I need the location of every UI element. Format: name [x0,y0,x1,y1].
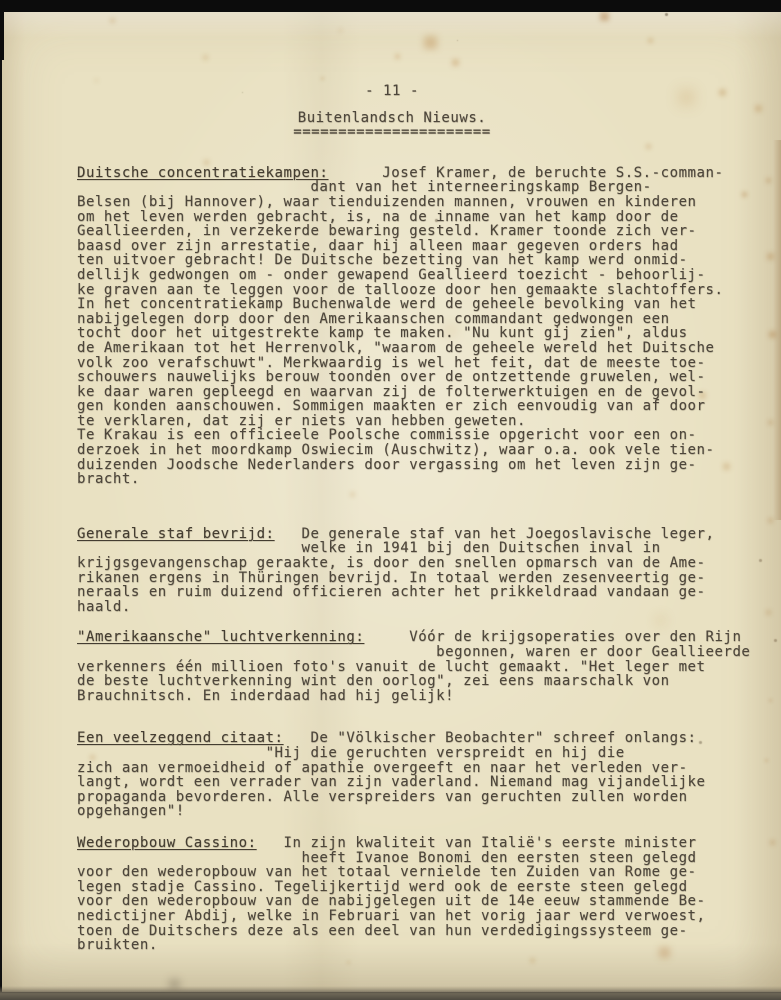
section-body: Josef Kramer, de beruchte S.S.-comman- d… [77,165,723,487]
section-wederopbouw-cassino: Wederopbouw Cassino: In zijn kwaliteit v… [77,836,767,953]
page-title: Buitenlandsch Nieuws. [77,111,707,126]
title-underline: ====================== [77,125,707,140]
scanned-document-page: - 11 - Buitenlandsch Nieuws. ===========… [0,0,781,1000]
section-generale-staf-bevrijd: Generale staf bevrijd: De generale staf … [77,527,767,615]
page-header: - 11 - Buitenlandsch Nieuws. ===========… [77,84,707,140]
page-edge-left [0,0,4,60]
page-edge-right [773,140,781,520]
page-number: - 11 - [77,84,707,99]
section-amerikaansche-luchtverkenning: "Amerikaansche" luchtverkenning: Vóór de… [77,630,767,703]
page-edge-bottom [0,986,781,1000]
section-heading: "Amerikaansche" luchtverkenning: [77,629,364,645]
typewritten-content: - 11 - Buitenlandsch Nieuws. ===========… [77,84,767,969]
section-heading: Een veelzeggend citaat: [77,730,284,746]
section-body: In zijn kwaliteit van Italië's eerste mi… [77,835,706,953]
section-duitsche-concentratiekampen: Duitsche concentratiekampen: Josef Krame… [77,166,767,487]
section-body: De generale staf van het Joegoslavische … [77,526,715,615]
page-edge-top [0,0,781,12]
section-veelzeggend-citaat: Een veelzeggend citaat: De "Völkischer B… [77,731,767,819]
section-heading: Wederopbouw Cassino: [77,835,257,851]
